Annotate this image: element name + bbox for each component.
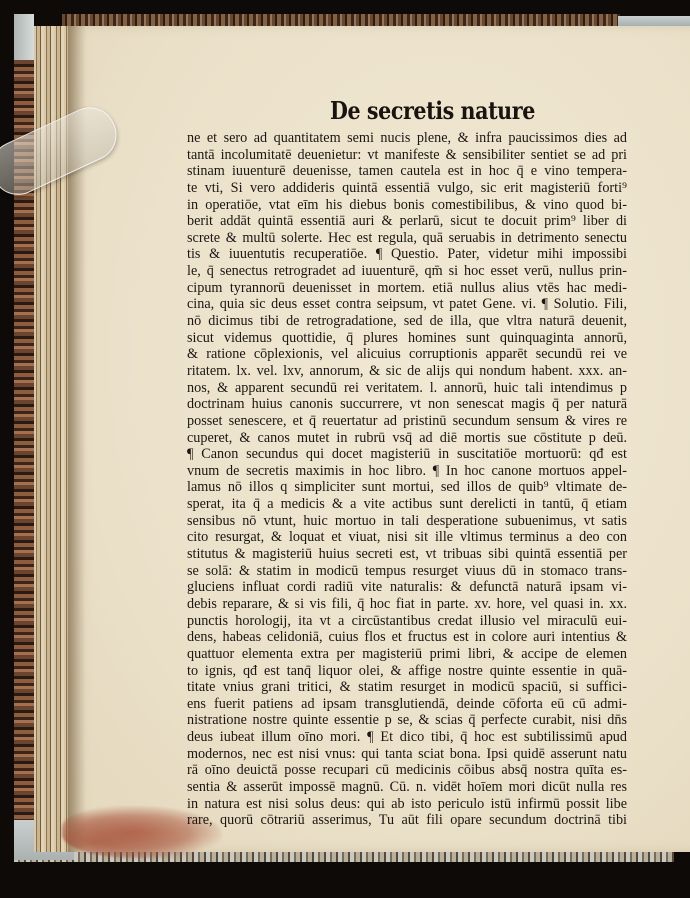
- text-line: te vti, Si vero addideris quintā essenti…: [187, 180, 627, 197]
- text-line: ¶ Canon secundus qui docet magisteriū in…: [187, 446, 627, 463]
- text-line: deus iubeat illum oīno mori. ¶ Et dico t…: [187, 729, 627, 746]
- text-line: stitutus & magisteriū huius secreti est,…: [187, 546, 627, 563]
- text-line: sensibus nō vtunt, huic mortuo in tali d…: [187, 513, 627, 530]
- text-line: nō dicimus tibi de retrogradatione, sed …: [187, 313, 627, 330]
- text-line: rare, quorū cōtrariū asserimus, Tu aūt f…: [187, 812, 627, 829]
- running-head: De secretis nature: [330, 96, 535, 125]
- text-line: ens fuerit patiens ad ipsam transglutien…: [187, 696, 627, 713]
- text-line: sentia & asserūt impossē magnū. Cū. n. v…: [187, 779, 627, 796]
- text-line: vnum de secretis maximis in hoc libro. ¶…: [187, 463, 627, 480]
- text-line: tis & iuuentutis recuperatiōe. ¶ Questio…: [187, 246, 627, 263]
- text-line: stinam iuuenturē deuenisse, tamen cautel…: [187, 163, 627, 180]
- body-text: ne et sero ad quantitatem semi nucis ple…: [187, 130, 627, 829]
- text-line: lamus nō illos q simpliciter sunt mortui…: [187, 479, 627, 496]
- cover-board-corner: [14, 14, 34, 64]
- text-line: le, q̄ senectus retrogradet ad iuuenturē…: [187, 263, 627, 280]
- text-line: se solā: & statim in modicū tempus resur…: [187, 563, 627, 580]
- text-line: quattuor elementa extra per magisteriū p…: [187, 646, 627, 663]
- text-line: rā oīno deuictā posse recupari cū medici…: [187, 762, 627, 779]
- text-line: cina, quia sic deus esset contra seipsum…: [187, 296, 627, 313]
- text-line: modernos, nec est nisi vnus: qui tanta s…: [187, 746, 627, 763]
- text-line: gluciens influat cordi radiū vite natura…: [187, 579, 627, 596]
- text-line: cipum tyrannorū deuenisset in mortem. et…: [187, 280, 627, 297]
- text-line: ne et sero ad quantitatem semi nucis ple…: [187, 130, 627, 147]
- text-line: to ignis, qđ est tanq̄ liquor olei, & af…: [187, 663, 627, 680]
- text-line: titate vnius grani tritici, & statim res…: [187, 679, 627, 696]
- text-line: doctrinam huius canonis succurrere, vt n…: [187, 396, 627, 413]
- text-line: posset senescere, et q̄ reuertatur ad pr…: [187, 413, 627, 430]
- text-line: in natura est nisi solus deus: qui ab is…: [187, 796, 627, 813]
- text-line: & ratione cōplexionis, vel alicuius corr…: [187, 346, 627, 363]
- text-line: nos, & apparent secundū rei veritatem. l…: [187, 380, 627, 397]
- text-line: cuperet, & canos mutet in rubrū vsq̄ ad …: [187, 430, 627, 447]
- text-line: punctis horologij, ita vt a circūstantib…: [187, 613, 627, 630]
- text-line: tantā incolumitatē deuenietur: vt manife…: [187, 147, 627, 164]
- text-line: sperat, ita q̄ a medicis & a vite actibu…: [187, 496, 627, 513]
- text-line: berit addāt quintā essentiā auri & perla…: [187, 213, 627, 230]
- text-line: in operatiōe, vtat eīm his diebus bonis …: [187, 197, 627, 214]
- text-line: dens, habeas celidoniā, cuius flos et fr…: [187, 629, 627, 646]
- text-line: ritatem. lx. vel. lxv, annorum, & sic de…: [187, 363, 627, 380]
- text-line: nistratione nostre quinte essentie p se,…: [187, 712, 627, 729]
- text-line: debis reparare, & si vis fili, q̄ hoc fi…: [187, 596, 627, 613]
- text-line: cito resurgat, & loquat et viuat, nisi s…: [187, 529, 627, 546]
- text-line: sicut videmus quottidie, q̄ plures homin…: [187, 330, 627, 347]
- text-line: screte & multū solerte. Hec est regula, …: [187, 230, 627, 247]
